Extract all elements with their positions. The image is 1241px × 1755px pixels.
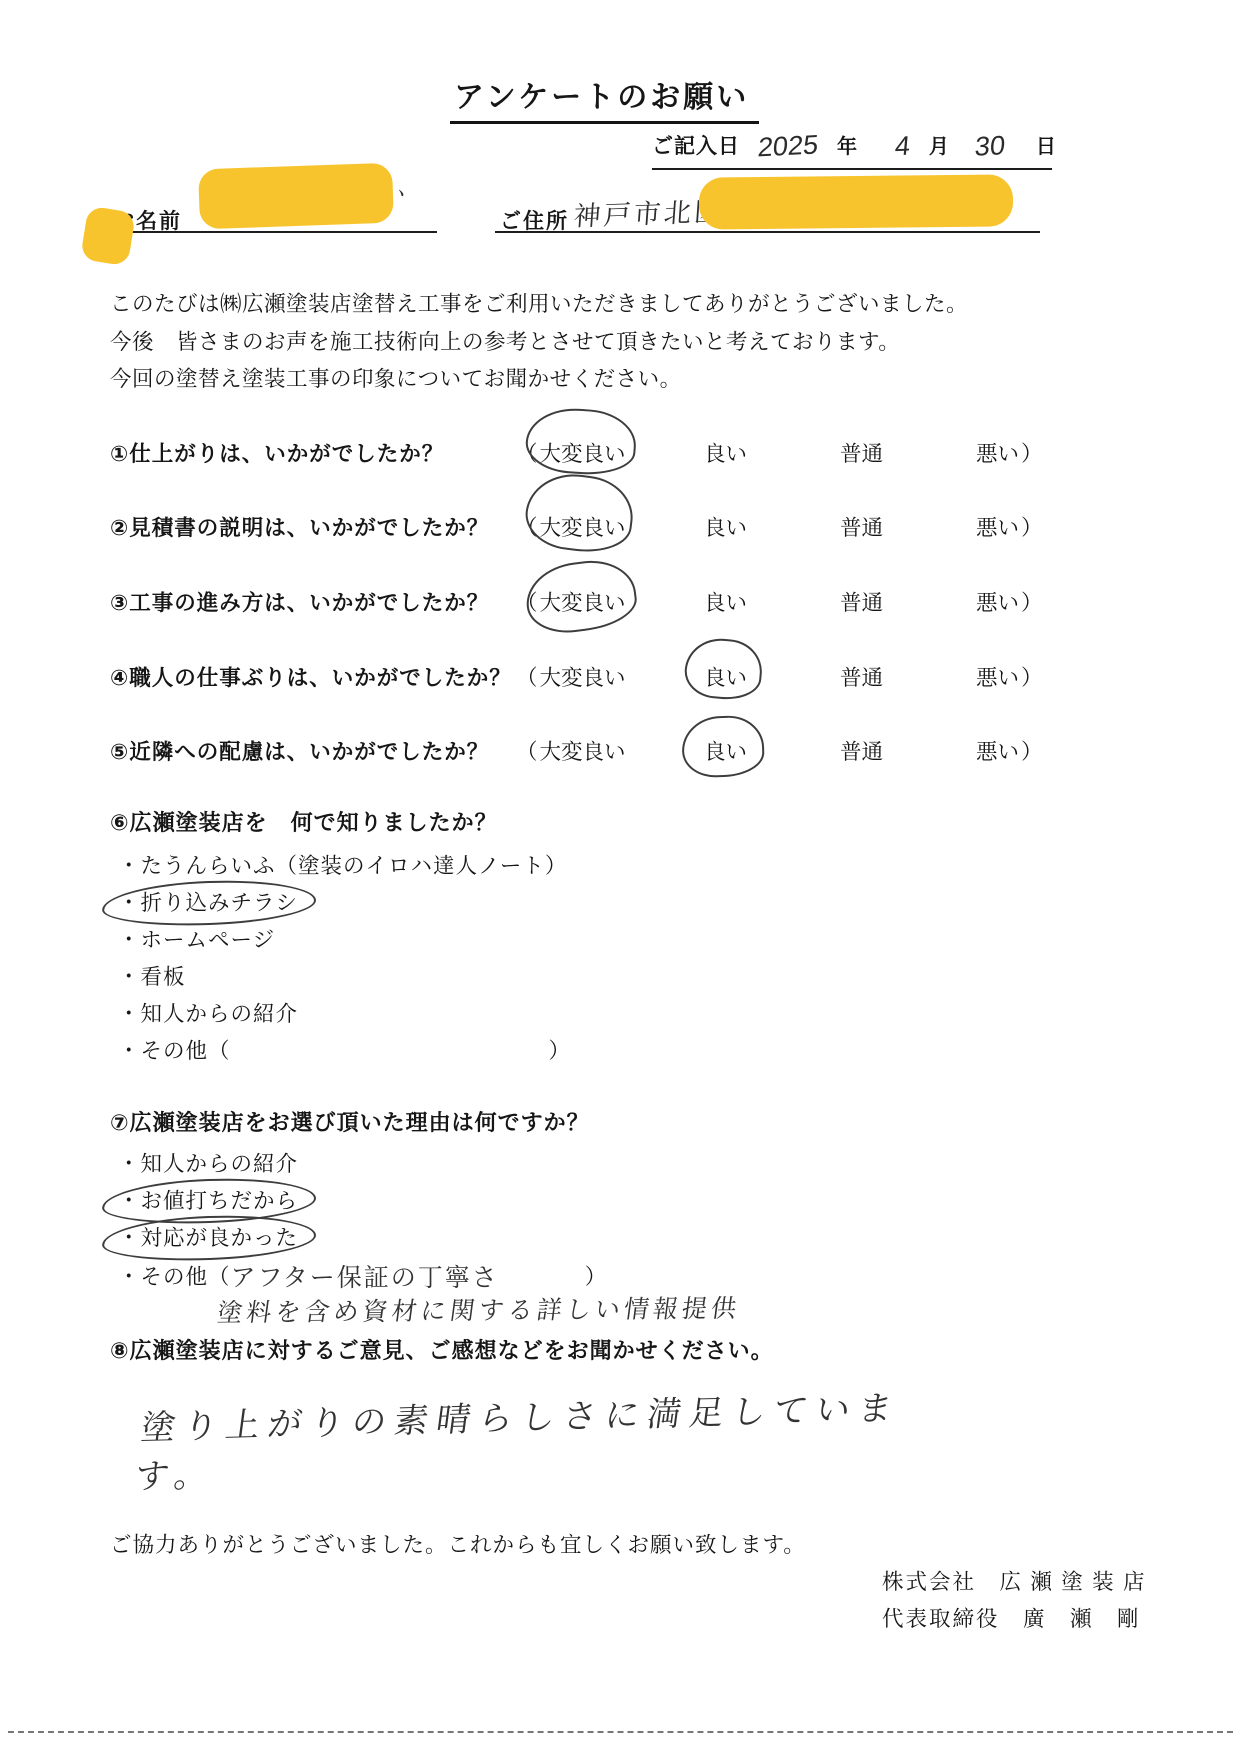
q6-other-row: ・その他（）: [118, 1034, 571, 1065]
option-very-good: （大変良い: [516, 735, 628, 766]
option-text: 悪い: [974, 586, 1021, 617]
paren-open: （: [516, 591, 538, 615]
q6-header: ⑥広瀬塗装店を 何で知りましたか？: [110, 806, 498, 837]
q6-other-label: ・その他（: [118, 1039, 231, 1063]
signature-block: 株式会社 広 瀬 塗 装 店 代表取締役 廣 瀬 剛: [882, 1564, 1147, 1638]
option-text: 普通: [838, 511, 885, 542]
q7-choice-list: ・知人からの紹介・お値打ちだから・対応が良かった: [118, 1146, 298, 1257]
option-text: 大変良い: [538, 735, 628, 766]
q6-other-close: ）: [549, 1039, 572, 1063]
date-day-unit: 日: [1036, 136, 1056, 158]
choice-item: ・知人からの紹介: [118, 1146, 298, 1183]
option-very-good: （大変良い: [516, 437, 628, 468]
date-label: ご記入日: [652, 135, 740, 158]
option-text: 良い: [702, 735, 749, 766]
option-text: 悪い: [974, 661, 1021, 692]
paren-close: ）: [1021, 516, 1043, 540]
option-normal: 普通: [838, 586, 885, 617]
option-bad: 悪い）: [974, 437, 1043, 468]
option-text: 良い: [702, 437, 749, 468]
option-text: 大変良い: [538, 586, 628, 617]
option-bad: 悪い）: [974, 586, 1043, 617]
choice-text-circled: ・対応が良かった: [118, 1220, 298, 1257]
choice-item: ・看板: [118, 959, 567, 996]
option-good: 良い: [702, 661, 749, 692]
option-good: 良い: [702, 437, 749, 468]
choice-text: ・知人からの紹介: [118, 996, 298, 1033]
question-row: ④職人の仕事ぶりは、いかがでしたか？ （大変良い 良い 普通 悪い）: [110, 661, 1170, 697]
option-text: 普通: [838, 735, 885, 766]
option-very-good: （大変良い: [516, 661, 628, 692]
choice-item: ・対応が良かった: [118, 1220, 298, 1257]
choice-item: ・たうんらいふ（塗装のイロハ達人ノート）: [118, 848, 567, 885]
choice-text-circled: ・お値打ちだから: [118, 1183, 298, 1220]
scan-edge-line: [8, 1731, 1233, 1733]
q7-handwritten-note: 塗料を含め資材に関する詳しい情報提供: [215, 1289, 742, 1330]
page-title: アンケートのお願い: [450, 72, 759, 124]
option-text: 普通: [838, 586, 885, 617]
address-underline: [495, 231, 1040, 233]
option-text: 大変良い: [538, 661, 628, 692]
date-month-handwritten: 4: [894, 131, 912, 163]
margin-redaction-highlight: [80, 206, 136, 267]
option-bad: 悪い）: [974, 511, 1043, 542]
paren-open: （: [516, 442, 538, 466]
representative-name: 代表取締役 廣 瀬 剛: [882, 1601, 1147, 1638]
paren-open: （: [516, 516, 538, 540]
choice-text: ・知人からの紹介: [118, 1146, 298, 1183]
question-label: ⑤近隣への配慮は、いかがでしたか？: [110, 740, 489, 764]
option-text: 悪い: [974, 735, 1021, 766]
question-label: ①仕上がりは、いかがでしたか？: [110, 442, 444, 466]
paren-close: ）: [1021, 740, 1043, 764]
option-good: 良い: [702, 735, 749, 766]
intro-paragraph: このたびは㈱広瀬塗装店塗替え工事をご利用いただきましてありがとうございました。 …: [110, 286, 968, 399]
option-text: 悪い: [974, 511, 1021, 542]
q7-other-label: ・その他（: [118, 1265, 231, 1289]
question-row: ⑤近隣への配慮は、いかがでしたか？ （大変良い 良い 普通 悪い）: [110, 735, 1170, 771]
option-text: 大変良い: [538, 511, 628, 542]
option-normal: 普通: [838, 661, 885, 692]
q8-handwritten-comment: 塗り上がりの素晴らしさに満足しています。: [132, 1380, 928, 1498]
choice-text-circled: ・折り込みチラシ: [118, 885, 298, 922]
option-bad: 悪い）: [974, 661, 1043, 692]
option-very-good: （大変良い: [516, 511, 628, 542]
option-normal: 普通: [838, 511, 885, 542]
intro-line: 今回の塗替え塗装工事の印象についてお聞かせください。: [110, 361, 968, 399]
choice-item: ・ホームページ: [118, 922, 567, 959]
question-label: ③工事の進み方は、いかがでしたか？: [110, 591, 489, 615]
question-label: ④職人の仕事ぶりは、いかがでしたか？: [110, 666, 512, 690]
handwriting-stray-mark: 、: [396, 170, 425, 205]
survey-form-page: アンケートのお願い ご記入日 2025 年 4 月 30 日 お名前 、 ご住所…: [0, 0, 1241, 1755]
paren-open: （: [516, 666, 538, 690]
q8-header: ⑧広瀬塗装店に対するご意見、ご感想などをお聞かせください。: [110, 1334, 774, 1365]
date-month-unit: 月: [929, 136, 949, 158]
name-redaction-highlight: [198, 163, 394, 230]
option-normal: 普通: [838, 437, 885, 468]
option-text: 良い: [702, 511, 749, 542]
paren-close: ）: [1021, 442, 1043, 466]
question-row: ②見積書の説明は、いかがでしたか？ （大変良い 良い 普通 悪い）: [110, 511, 1170, 547]
name-underline: [103, 231, 437, 233]
question-label: ②見積書の説明は、いかがでしたか？: [110, 516, 489, 540]
option-good: 良い: [702, 586, 749, 617]
option-text: 良い: [702, 586, 749, 617]
q6-choice-list: ・たうんらいふ（塗装のイロハ達人ノート）・折り込みチラシ・ホームページ・看板・知…: [118, 848, 567, 1033]
option-text: 普通: [838, 661, 885, 692]
q7-other-row: ・その他（アフター保証の丁寧さ）: [118, 1258, 607, 1294]
option-bad: 悪い）: [974, 735, 1043, 766]
choice-text: ・たうんらいふ（塗装のイロハ達人ノート）: [118, 848, 567, 885]
option-normal: 普通: [838, 735, 885, 766]
option-good: 良い: [702, 511, 749, 542]
intro-line: 今後 皆さまのお声を施工技術向上の参考とさせて頂きたいと考えております。: [110, 324, 968, 362]
date-year-unit: 年: [837, 136, 857, 158]
q7-other-close: ）: [585, 1265, 608, 1289]
question-row: ③工事の進み方は、いかがでしたか？ （大変良い 良い 普通 悪い）: [110, 586, 1170, 622]
intro-line: このたびは㈱広瀬塗装店塗替え工事をご利用いただきましてありがとうございました。: [110, 286, 968, 324]
question-row: ①仕上がりは、いかがでしたか？ （大変良い 良い 普通 悪い）: [110, 437, 1170, 473]
date-year-handwritten: 2025: [757, 129, 820, 163]
option-text: 悪い: [974, 437, 1021, 468]
option-text: 普通: [838, 437, 885, 468]
choice-item: ・お値打ちだから: [118, 1183, 298, 1220]
company-name: 株式会社 広 瀬 塗 装 店: [882, 1564, 1147, 1601]
choice-text: ・看板: [118, 959, 186, 996]
option-text: 良い: [702, 661, 749, 692]
paren-open: （: [516, 740, 538, 764]
date-day-handwritten: 30: [974, 130, 1007, 163]
choice-text: ・ホームページ: [118, 922, 275, 959]
q7-header: ⑦広瀬塗装店をお選び頂いた理由は何ですか？: [110, 1106, 590, 1137]
address-redaction-highlight: [699, 174, 1014, 229]
choice-item: ・折り込みチラシ: [118, 885, 567, 922]
choice-item: ・知人からの紹介: [118, 996, 567, 1033]
option-text: 大変良い: [538, 437, 628, 468]
date-row: ご記入日 2025 年 4 月 30 日: [652, 130, 1052, 170]
closing-message: ご協力ありがとうございました。これからも宜しくお願い致します。: [110, 1528, 806, 1559]
paren-close: ）: [1021, 666, 1043, 690]
option-very-good: （大変良い: [516, 586, 628, 617]
paren-close: ）: [1021, 591, 1043, 615]
q7-other-handwritten: アフター保証の丁寧さ: [231, 1264, 499, 1292]
